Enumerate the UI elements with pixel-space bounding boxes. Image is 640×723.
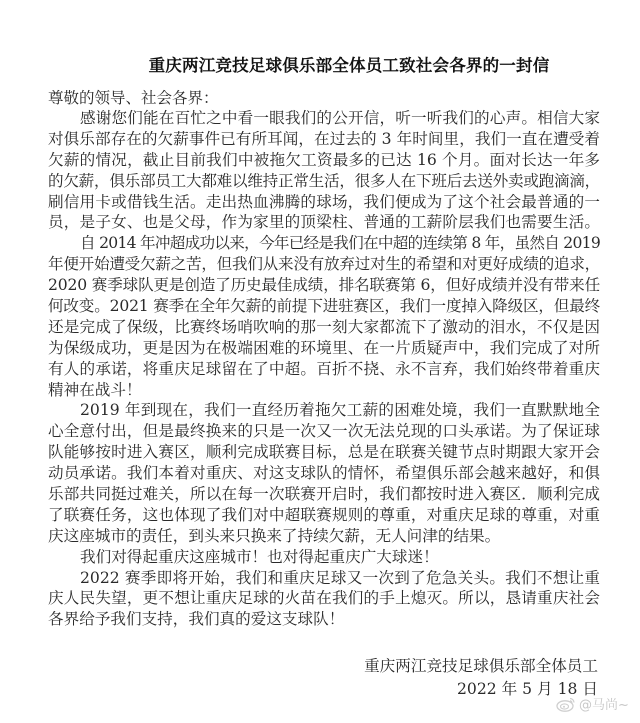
letter-body: 感谢您们能在百忙之中看一眼我们的公开信，听一听我们的心声。相信大家对俱乐部存在的… bbox=[48, 108, 600, 630]
watermark: @马尚~ bbox=[556, 694, 629, 713]
letter-title: 重庆两江竞技足球俱乐部全体员工致社会各界的一封信 bbox=[0, 52, 640, 76]
signature-organization: 重庆两江竞技足球俱乐部全体员工 bbox=[364, 655, 598, 678]
text-line: 庆这座城市的责任，到头来只换来了持续欠薪，无人问津的结果。 bbox=[48, 526, 600, 547]
text-line: 年便开始遭受欠薪之苦，但我们从来没有放弃过对生的希望和对更好成绩的追求， bbox=[48, 254, 600, 275]
text-line: 何改变。2021 赛季在全年欠薪的前提下进驻赛区，我们一度掉入降级区，但最终 bbox=[48, 296, 600, 317]
text-line: 了联赛任务，这也体现了我们对中超联赛规则的尊重，对重庆足球的尊重，对重 bbox=[48, 505, 600, 526]
text-line: 2022 赛季即将开始，我们和重庆足球又一次到了危急关头。我们不想让重 bbox=[48, 568, 600, 589]
text-line: 各界给予我们支持，我们真的爱这支球队！ bbox=[48, 609, 600, 630]
watermark-handle: @马尚~ bbox=[579, 694, 629, 713]
text-line: 的欠薪，俱乐部员工大都难以维持正常生活，很多人在下班后去送外卖或跑滴滴， bbox=[48, 171, 600, 192]
text-line: 刷信用卡或借钱生活。走出热血沸腾的球场，我们便成为了这个社会最普通的一 bbox=[48, 192, 600, 213]
text-line: 为保级成功，更是因为在极端困难的环境里、在一片质疑声中，我们完成了对所 bbox=[48, 338, 600, 359]
text-line: 还是完成了保级，比赛终场哨吹响的那一刻大家都流下了激动的泪水，不仅是因 bbox=[48, 317, 600, 338]
text-line: 2020 赛季球队更是创造了历史最佳成绩，排名联赛第 6，但好成绩并没有带来任 bbox=[48, 275, 600, 296]
text-line: 感谢您们能在百忙之中看一眼我们的公开信，听一听我们的心声。相信大家 bbox=[48, 108, 600, 129]
text-line: 庆人民失望，更不想让重庆足球的火苗在我们的手上熄灭。所以，恳请重庆社会 bbox=[48, 588, 600, 609]
salutation: 尊敬的领导、社会各界： bbox=[48, 88, 219, 109]
text-line: 心全意付出，但是最终换来的只是一次又一次无法兑现的口头承诺。为了保证球 bbox=[48, 421, 600, 442]
text-line: 员，是子女、也是父母，作为家里的顶梁柱、普通的工薪阶层我们也需要生活。 bbox=[48, 212, 600, 233]
text-line: 动员承诺。我们本着对重庆、对这支球队的情怀，希望俱乐部会越来越好，和俱 bbox=[48, 463, 600, 484]
text-line: 精神在战斗！ bbox=[48, 380, 600, 401]
text-line: 欠薪的情况，截止目前我们中被拖欠工资最多的已达 16 个月。面对长达一年多 bbox=[48, 150, 600, 171]
text-line: 有人的承诺，将重庆足球留在了中超。百折不挠、永不言弃，我们始终带着重庆 bbox=[48, 359, 600, 380]
text-line: 乐部共同挺过难关，所以在每一次联赛开启时，我们都按时进入赛区．顺利完成 bbox=[48, 484, 600, 505]
weibo-logo-icon bbox=[556, 696, 576, 712]
text-line: 队能够按时进入赛区，顺利完成联赛目标，总是在联赛关键节点时期跟大家开会 bbox=[48, 442, 600, 463]
text-line: 2019 年到现在，我们一直经历着拖欠工薪的困难处境，我们一直默默地全 bbox=[48, 400, 600, 421]
text-line: 我们对得起重庆这座城市！也对得起重庆广大球迷！ bbox=[48, 547, 600, 568]
text-line: 自 2014 年冲超成功以来，今年已经是我们在中超的连续第 8 年，虽然自 20… bbox=[48, 233, 600, 254]
text-line: 对俱乐部存在的欠薪事件已有所耳闻，在过去的 3 年时间里，我们一直在遭受着 bbox=[48, 129, 600, 150]
